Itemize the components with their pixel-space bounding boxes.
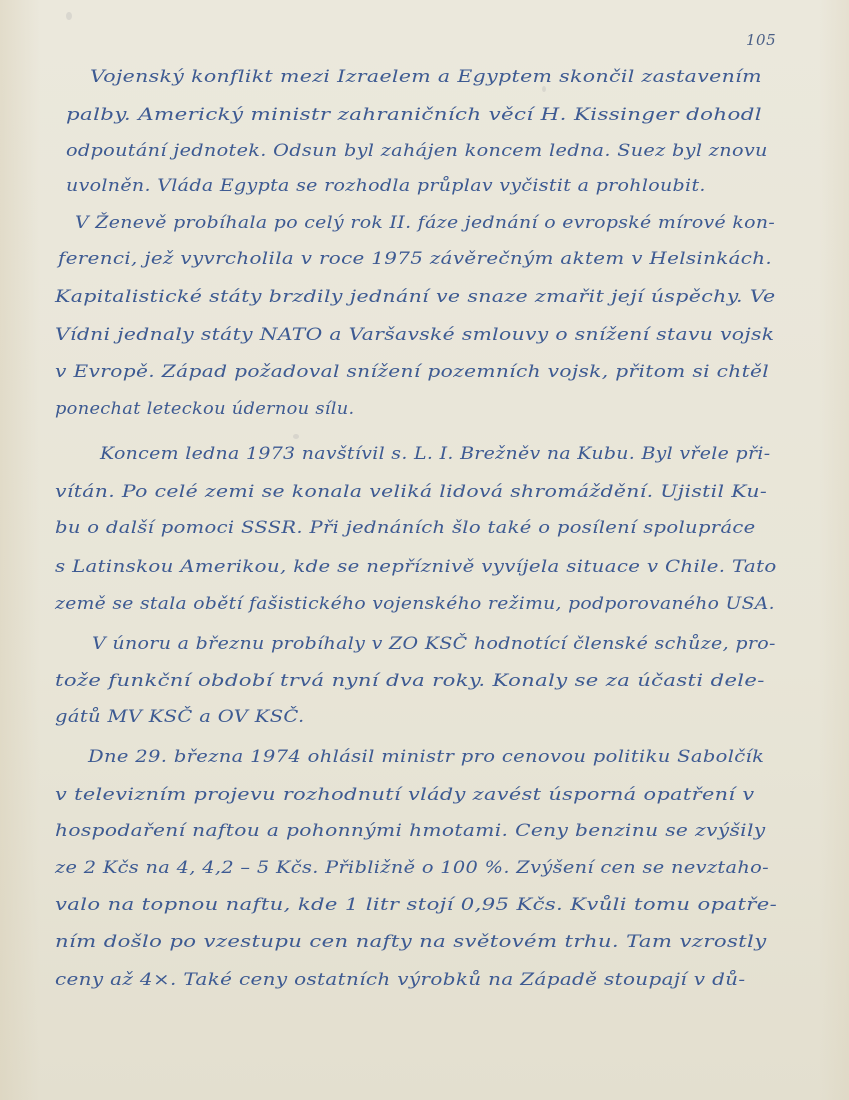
handwritten-line: ze 2 Kčs na 4, 4,2 – 5 Kčs. Přibližně o … bbox=[55, 858, 769, 878]
handwritten-line: hospodaření naftou a pohonnými hmotami. … bbox=[55, 821, 766, 841]
handwritten-line: Vojenský konflikt mezi Izraelem a Egypte… bbox=[90, 67, 762, 87]
handwritten-line: v televizním projevu rozhodnutí vlády za… bbox=[55, 785, 755, 805]
handwritten-line: palby. Americký ministr zahraničních věc… bbox=[66, 105, 762, 125]
handwritten-line: gátů MV KSČ a OV KSČ. bbox=[55, 707, 305, 727]
handwritten-line: Koncem ledna 1973 navštívil s. L. I. Bre… bbox=[100, 444, 770, 464]
handwritten-line: valo na topnou naftu, kde 1 litr stojí 0… bbox=[55, 895, 777, 915]
handwritten-line: V Ženevě probíhala po celý rok II. fáze … bbox=[75, 213, 775, 233]
paper-smudge bbox=[66, 12, 72, 20]
handwritten-page: 105 Vojenský konflikt mezi Izraelem a Eg… bbox=[0, 0, 849, 1100]
handwritten-line: ceny až 4×. Také ceny ostatních výrobků … bbox=[55, 970, 745, 990]
handwritten-line: v Evropě. Západ požadoval snížení pozemn… bbox=[55, 362, 769, 382]
handwritten-line: ferenci, jež vyvrcholila v roce 1975 záv… bbox=[58, 249, 772, 269]
paper-smudge bbox=[293, 434, 299, 439]
handwritten-line: uvolněn. Vláda Egypta se rozhodla průpla… bbox=[66, 176, 706, 196]
handwritten-line: bu o další pomoci SSSR. Při jednáních šl… bbox=[55, 518, 756, 538]
handwritten-line: vítán. Po celé zemi se konala veliká lid… bbox=[55, 482, 767, 502]
handwritten-line: ponechat leteckou údernou sílu. bbox=[55, 399, 354, 419]
handwritten-line: Vídni jednaly státy NATO a Varšavské sml… bbox=[55, 325, 774, 345]
handwritten-line: ním došlo po vzestupu cen nafty na světo… bbox=[55, 932, 767, 952]
handwritten-line: Kapitalistické státy brzdily jednání ve … bbox=[55, 287, 776, 307]
handwritten-line: země se stala obětí fašistického vojensk… bbox=[55, 594, 775, 614]
page-number: 105 bbox=[746, 31, 776, 49]
handwritten-line: V únoru a březnu probíhaly v ZO KSČ hodn… bbox=[92, 634, 776, 654]
handwritten-line: s Latinskou Amerikou, kde se nepříznivě … bbox=[55, 557, 777, 577]
handwritten-line: tože funkční období trvá nyní dva roky. … bbox=[55, 671, 765, 691]
handwritten-line: odpoutání jednotek. Odsun byl zahájen ko… bbox=[66, 141, 768, 161]
handwritten-line: Dne 29. března 1974 ohlásil ministr pro … bbox=[88, 747, 764, 767]
